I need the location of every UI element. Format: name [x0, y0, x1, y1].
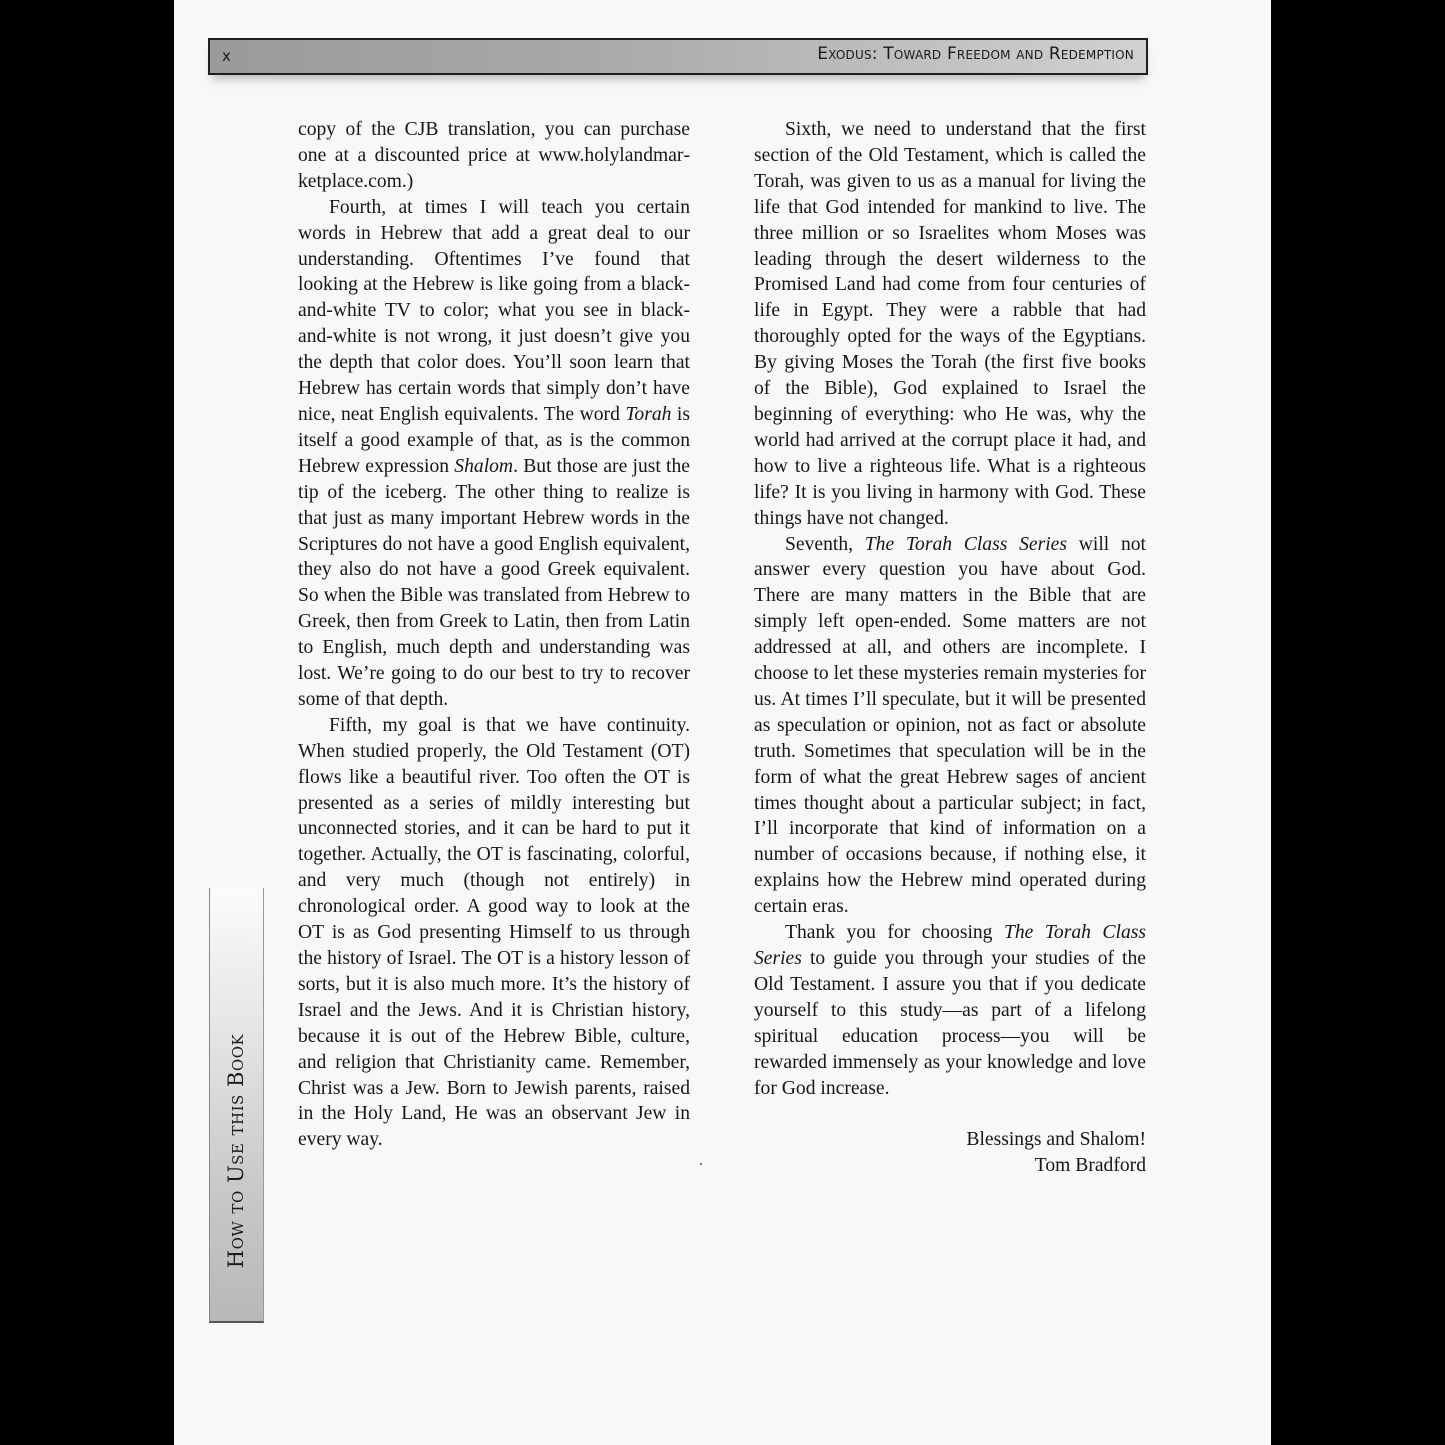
paragraph-sixth: Sixth, we need to understand that the fi… — [754, 117, 1146, 532]
left-text-column: copy of the CJB translation, you can pur… — [298, 117, 690, 1153]
book-page: x Exodus: Toward Freedom and Redemption … — [174, 0, 1271, 1445]
running-title: Exodus: Toward Freedom and Redemption — [817, 44, 1134, 64]
text-run: will not answer every question you have … — [754, 534, 1146, 918]
paragraph-fourth: Fourth, at times I will teach you certai… — [298, 195, 690, 713]
italic-term-shalom: Sha­lom — [454, 456, 513, 477]
closing-line: Blessings and Shalom! — [754, 1127, 1146, 1153]
paragraph-thanks: Thank you for choosing The Torah Class S… — [754, 920, 1146, 1101]
page-number: x — [222, 47, 231, 65]
paragraph-seventh: Seventh, The Torah Class Series will not… — [754, 532, 1146, 921]
closing-block: Blessings and Shalom! Tom Bradford — [754, 1127, 1146, 1179]
text-run: . But those are just the tip of the iceb… — [298, 456, 690, 710]
text-run: Thank you for choosing — [785, 922, 1004, 943]
running-header-bar: x Exodus: Toward Freedom and Redemption — [208, 38, 1148, 75]
right-text-column: Sixth, we need to understand that the fi… — [754, 117, 1146, 1179]
italic-series-title: The Torah Class Series — [865, 534, 1067, 555]
side-tab-label-wrap: How to Use this Book — [210, 1001, 263, 1301]
scan-speck — [700, 1163, 702, 1165]
text-run: Fourth, at times I will teach you certai… — [298, 197, 690, 425]
italic-term-torah: Torah — [625, 404, 671, 425]
section-side-tab: How to Use this Book — [209, 888, 264, 1323]
text-run: Seventh, — [785, 534, 865, 555]
text-run: to guide you through your studies of the… — [754, 948, 1146, 1099]
side-tab-label: How to Use this Book — [225, 1034, 249, 1268]
paragraph-cjb-continuation: copy of the CJB translation, you can pur… — [298, 117, 690, 195]
author-signature: Tom Bradford — [754, 1153, 1146, 1179]
paragraph-fifth: Fifth, my goal is that we have continuit… — [298, 713, 690, 1153]
